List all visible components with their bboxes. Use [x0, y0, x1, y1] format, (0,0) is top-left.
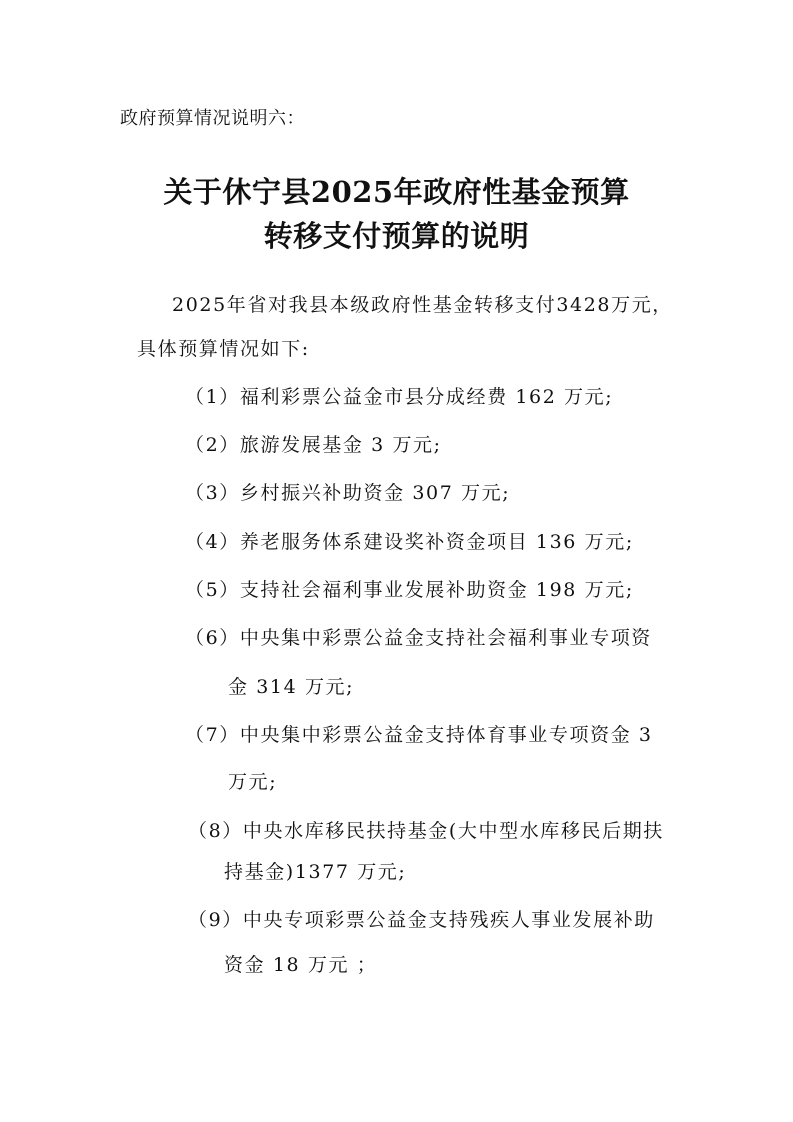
list-item-5: （5）支持社会福利事业发展补助资金 198 万元; [185, 575, 634, 602]
document-header: 政府预算情况说明六： [120, 104, 305, 130]
list-item-4: （4）养老服务体系建设奖补资金项目 136 万元; [185, 527, 634, 554]
list-item-7: （7）中央集中彩票公益金支持体育事业专项资金 3 [185, 720, 653, 747]
list-item-6: （6）中央集中彩票公益金支持社会福利事业专项资 [185, 623, 652, 650]
intro-paragraph-line-1: 2025年省对我县本级政府性基金转移支付3428万元， [172, 290, 673, 317]
list-item-8-continued: 持基金)1377 万元; [224, 857, 406, 884]
list-item-6-continued: 金 314 万元; [228, 672, 354, 699]
intro-paragraph-line-2: 具体预算情况如下: [137, 334, 310, 361]
list-item-7-continued: 万元; [228, 767, 277, 794]
list-item-8: （8）中央水库移民扶持基金(大中型水库移民后期扶 [188, 816, 664, 843]
list-item-2: （2）旅游发展基金 3 万元; [185, 430, 442, 457]
list-item-9: （9）中央专项彩票公益金支持残疾人事业发展补助 [188, 905, 655, 932]
document-title-line-2: 转移支付预算的说明 [0, 214, 793, 255]
list-item-3: （3）乡村振兴补助资金 307 万元; [185, 478, 510, 505]
list-item-1: （1）福利彩票公益金市县分成经费 162 万元; [185, 382, 613, 409]
document-page: 政府预算情况说明六： 关于休宁县2025年政府性基金预算 转移支付预算的说明 2… [0, 0, 793, 1122]
document-title-line-1: 关于休宁县2025年政府性基金预算 [0, 170, 793, 211]
list-item-9-continued: 资金 18 万元 ； [224, 950, 377, 977]
